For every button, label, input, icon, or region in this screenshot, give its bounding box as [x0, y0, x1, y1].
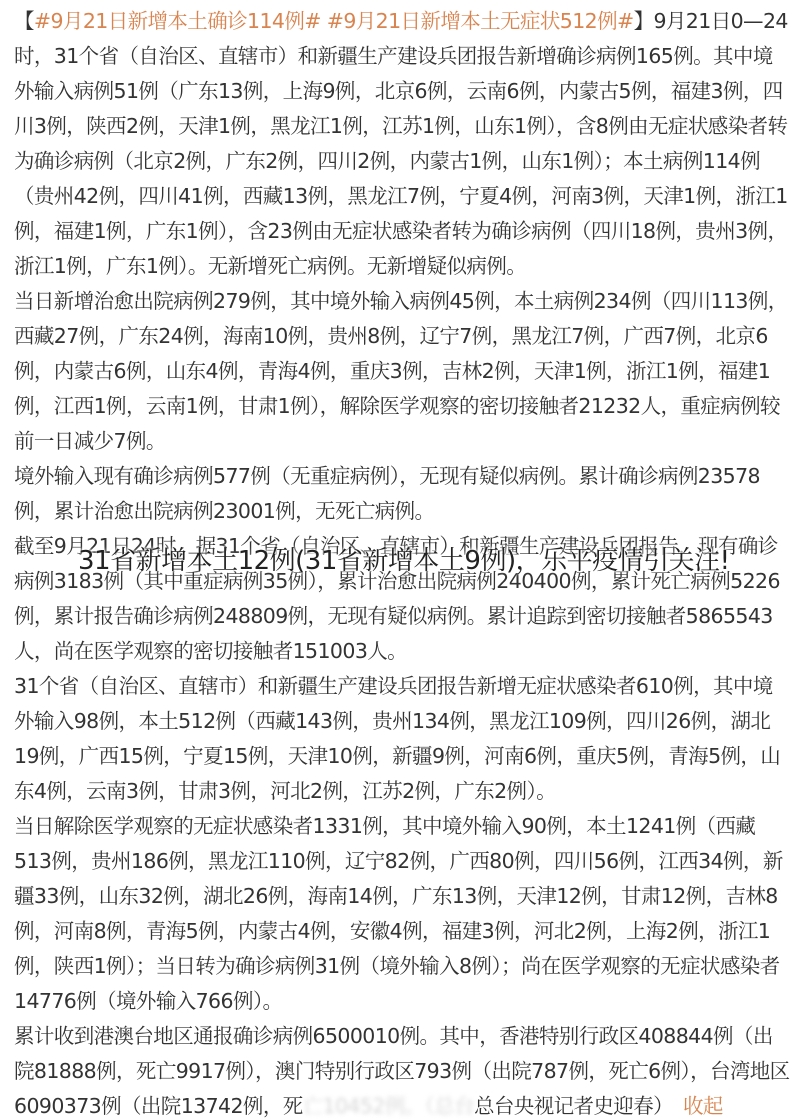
post-paragraph-6: 累计收到港澳台地区通报确诊病例6500010例。其中，香港特别行政区408844… — [14, 1019, 792, 1119]
post-paragraph-2: 境外输入现有确诊病例577例（无重症病例），无现有疑似病例。累计确诊病例2357… — [14, 459, 792, 529]
post-paragraph-4: 31个省（自治区、直辖市）和新疆生产建设兵团报告新增无症状感染者610例，其中境… — [14, 669, 792, 809]
paragraph-text: 9月21日0—24时，31个省（自治区、直辖市）和新疆生产建设兵团报告新增确诊病… — [14, 9, 788, 278]
post-paragraph-0: 【#9月21日新增本土确诊114例# #9月21日新增本土无症状512例#】9月… — [14, 4, 792, 284]
paragraph-tail: 总台央视记者史迎春） — [474, 1094, 673, 1118]
collapse-link[interactable]: 收起 — [683, 1094, 723, 1118]
open-bracket: 【 — [14, 9, 34, 33]
blurred-text: 亡10452例。（总台 — [303, 1094, 474, 1118]
overlay-caption: 31省新增本土12例(31省新增本土9例)，乐平疫情引关注! — [78, 544, 758, 578]
hashtag-link-asymptomatic[interactable]: #9月21日新增本土无症状512例# — [327, 9, 634, 33]
post-paragraph-1: 当日新增治愈出院病例279例，其中境外输入病例45例，本土病例234例（四川11… — [14, 284, 792, 459]
close-bracket: 】 — [634, 9, 654, 33]
post-paragraph-5: 当日解除医学观察的无症状感染者1331例，其中境外输入90例，本土1241例（西… — [14, 809, 792, 1019]
hashtag-link-confirmed[interactable]: #9月21日新增本土确诊114例# — [34, 9, 321, 33]
